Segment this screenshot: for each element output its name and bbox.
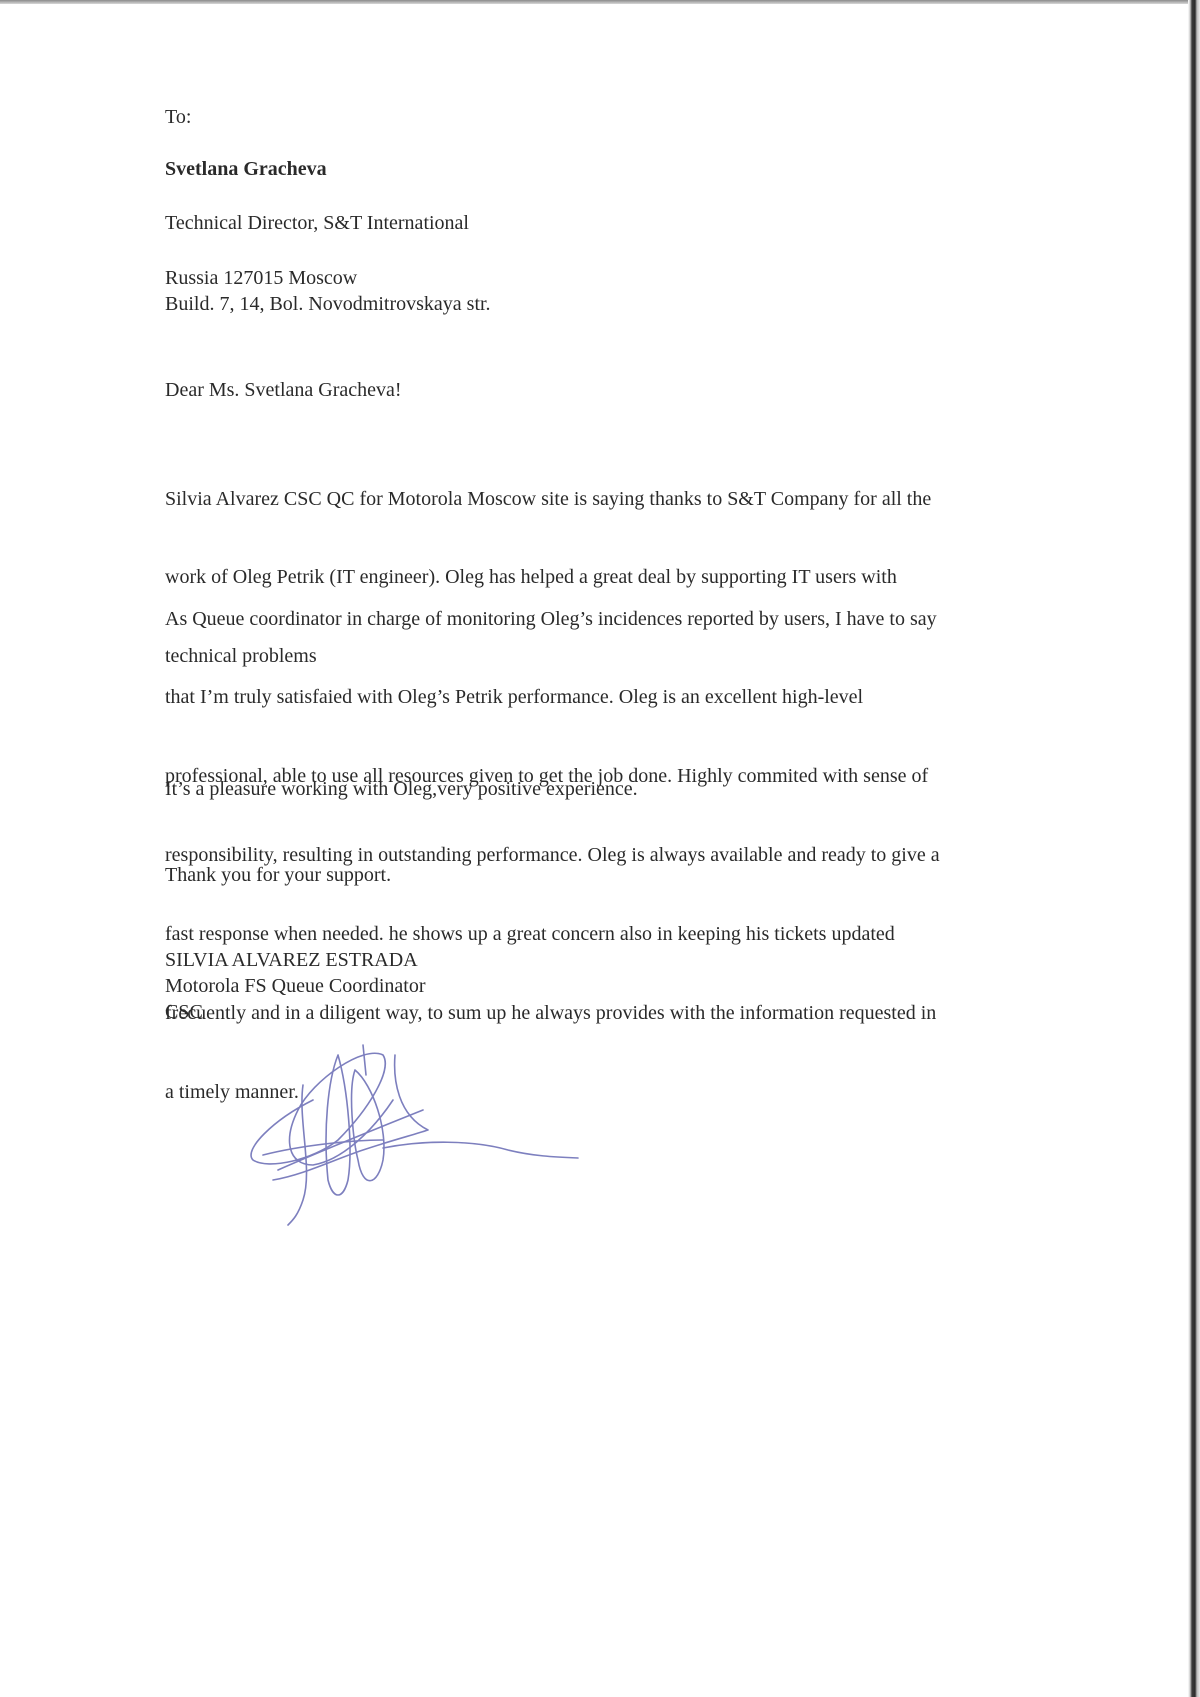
signer-name: SILVIA ALVAREZ ESTRADA	[165, 947, 418, 973]
paragraph-line: fast response when needed. he shows up a…	[165, 921, 1125, 947]
signer-company: CSC	[165, 999, 203, 1025]
address-line-1: Russia 127015 Moscow	[165, 265, 357, 291]
scan-top-border	[0, 0, 1200, 4]
recipient-name: Svetlana Gracheva	[165, 156, 327, 182]
address-line-2: Build. 7, 14, Bol. Novodmitrovskaya str.	[165, 291, 491, 317]
signer-title: Motorola FS Queue Coordinator	[165, 973, 426, 999]
salutation: Dear Ms. Svetlana Gracheva!	[165, 377, 402, 403]
paragraph-pleasure: It’s a pleasure working with Oleg,very p…	[165, 776, 638, 802]
handwritten-signature	[243, 1040, 583, 1240]
recipient-title: Technical Director, S&T International	[165, 210, 469, 236]
paragraph-line: that I’m truly satisfaied with Oleg’s Pe…	[165, 684, 1125, 710]
paragraph-line: Silvia Alvarez CSC QC for Motorola Mosco…	[165, 486, 1125, 512]
scan-right-border	[1188, 0, 1200, 1697]
to-label: To:	[165, 104, 191, 130]
paragraph-line: As Queue coordinator in charge of monito…	[165, 606, 1125, 632]
paragraph-line: frecuently and in a diligent way, to sum…	[165, 1000, 1125, 1026]
closing: Thank you for your support.	[165, 862, 391, 888]
